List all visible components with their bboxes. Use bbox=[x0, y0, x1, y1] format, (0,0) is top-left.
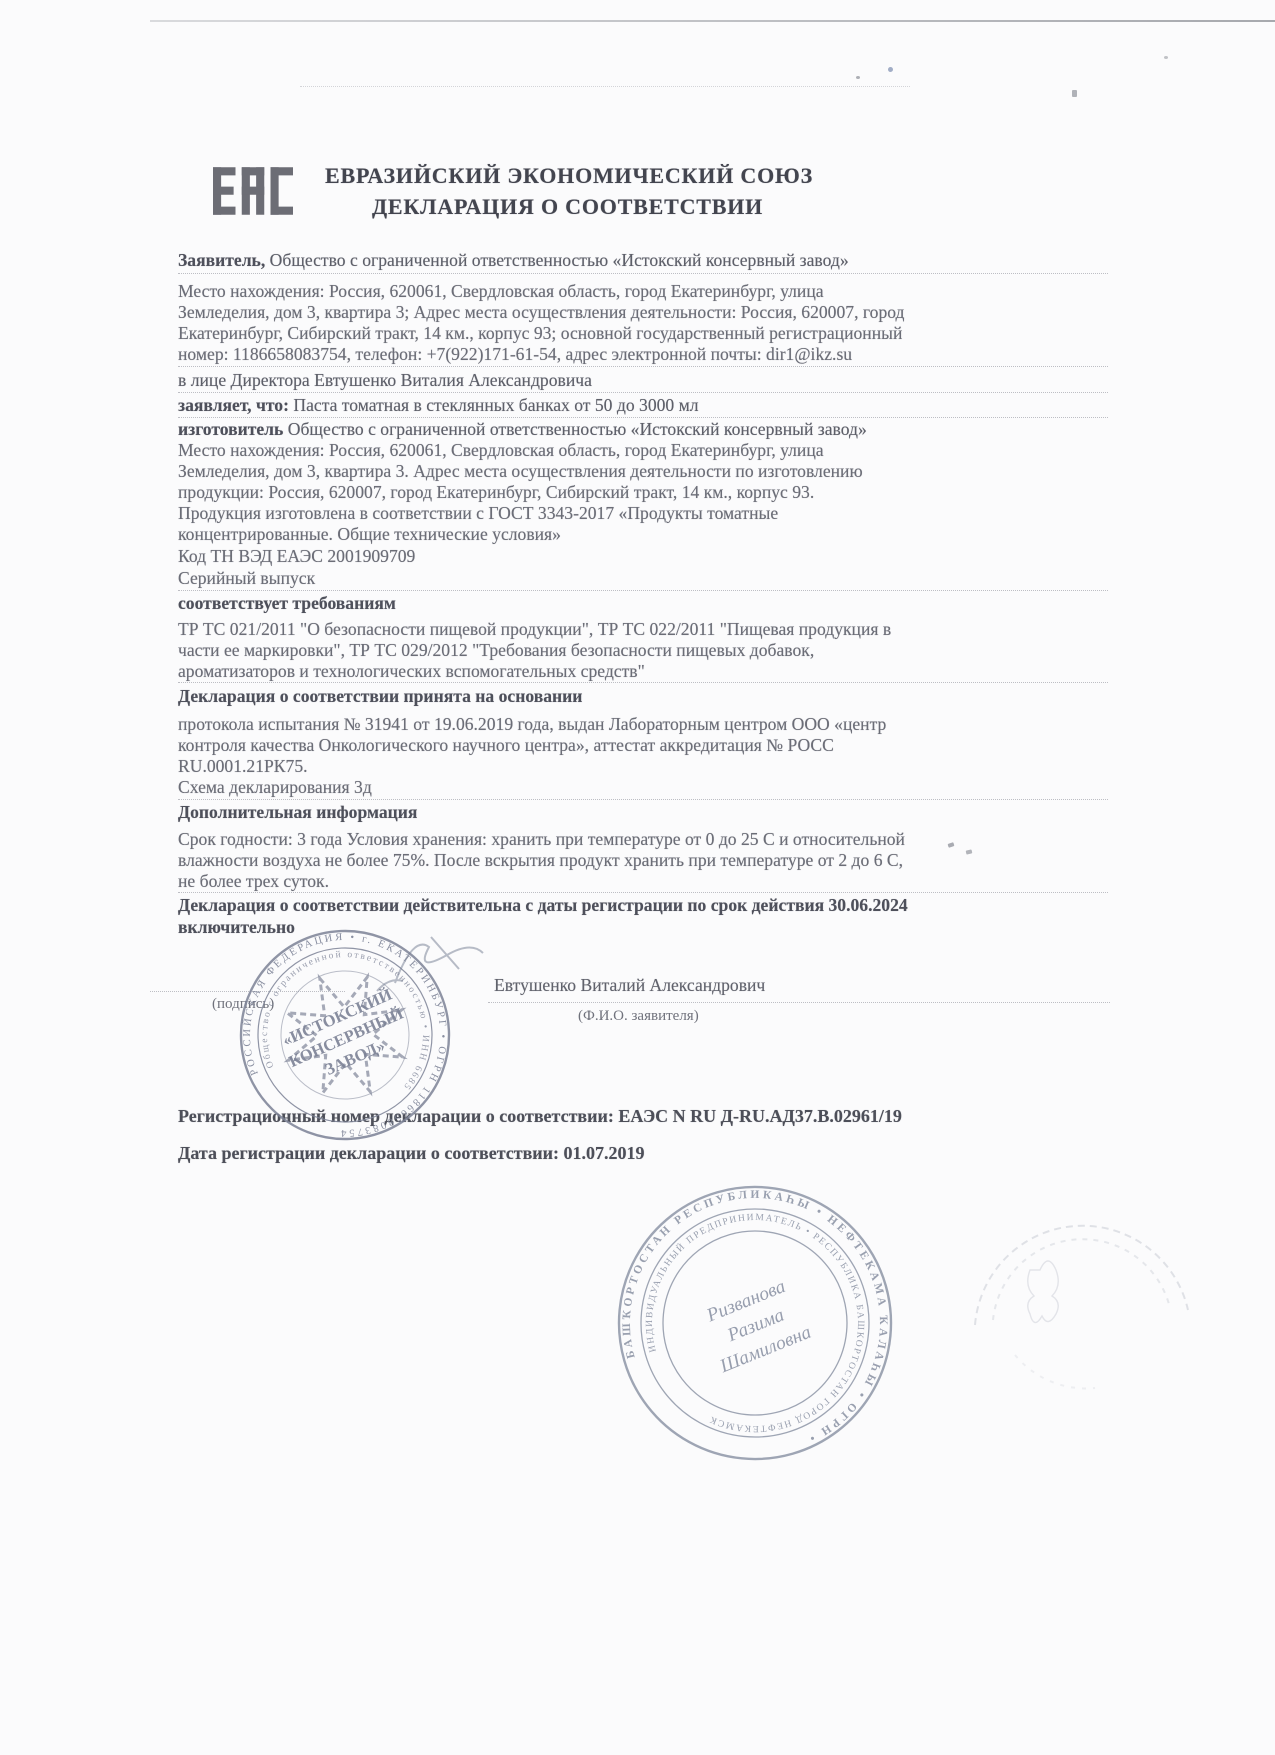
doc-line: Место нахождения: Россия, 620061, Свердл… bbox=[178, 440, 1138, 461]
field-value: в лице Директора Евтушенко Виталия Алекс… bbox=[178, 370, 592, 390]
faint-ghost-seal bbox=[945, 1150, 1215, 1420]
field-value: Срок годности: 3 года Условия хранения: … bbox=[178, 829, 905, 849]
document-title-line2: ДЕКЛАРАЦИЯ О СООТВЕТСТВИИ bbox=[372, 194, 763, 220]
separator-rule bbox=[178, 892, 1108, 893]
field-value: влажности воздуха не более 75%. После вс… bbox=[178, 850, 903, 870]
field-value: продукции: Россия, 620007, город Екатери… bbox=[178, 482, 814, 502]
doc-line: Заявитель, Общество с ограниченной ответ… bbox=[178, 250, 1138, 271]
doc-line: номер: 1186658083754, телефон: +7(922)17… bbox=[178, 344, 1138, 365]
field-label: Заявитель, bbox=[178, 250, 265, 270]
doc-line: Срок годности: 3 года Условия хранения: … bbox=[178, 829, 1138, 850]
field-value: ТР ТС 021/2011 "О безопасности пищевой п… bbox=[178, 619, 891, 639]
doc-line: продукции: Россия, 620007, город Екатери… bbox=[178, 482, 1138, 503]
field-value: Земледелия, дом 3, квартира 3. Адрес мес… bbox=[178, 461, 863, 481]
field-value: Место нахождения: Россия, 620061, Свердл… bbox=[178, 440, 824, 460]
doc-line: части ее маркировки", ТР ТС 029/2012 "Тр… bbox=[178, 640, 1138, 661]
field-value: контроля качества Онкологического научно… bbox=[178, 735, 834, 755]
doc-line: Схема декларирования 3д bbox=[178, 777, 1138, 798]
field-value: Общество с ограниченной ответственностью… bbox=[265, 250, 848, 270]
separator-rule bbox=[178, 799, 1108, 800]
doc-line: Екатеринбург, Сибирский тракт, 14 км., к… bbox=[178, 323, 1138, 344]
entrepreneur-seal: БАШҠОРТОСТАН РЕСПУБЛИКАҺЫ • НЕФТЕКАМА ҠА… bbox=[569, 1137, 940, 1508]
field-label: заявляет, что: bbox=[178, 395, 289, 415]
field-value: ароматизаторов и технологических вспомог… bbox=[178, 661, 645, 681]
field-value: Место нахождения: Россия, 620061, Свердл… bbox=[178, 281, 824, 301]
separator-rule bbox=[178, 392, 1108, 393]
field-value: Земледелия, дом 3, квартира 3; Адрес мес… bbox=[178, 302, 904, 322]
doc-line: контроля качества Онкологического научно… bbox=[178, 735, 1138, 756]
doc-line: RU.0001.21РК75. bbox=[178, 756, 1138, 777]
field-value: Продукция изготовлена в соответствии с Г… bbox=[178, 503, 778, 523]
scan-artifact-line bbox=[150, 20, 1275, 22]
section-heading: Декларация о соответствии принята на осн… bbox=[178, 686, 582, 706]
doc-line: ТР ТС 021/2011 "О безопасности пищевой п… bbox=[178, 619, 1138, 640]
validity-statement: Декларация о соответствии действительна … bbox=[178, 895, 908, 915]
separator-rule bbox=[178, 417, 1108, 418]
doc-line: влажности воздуха не более 75%. После вс… bbox=[178, 850, 1138, 871]
scan-speck bbox=[888, 67, 893, 72]
doc-line: ароматизаторов и технологических вспомог… bbox=[178, 661, 1138, 682]
scan-speck bbox=[856, 76, 860, 79]
document-title-line1: ЕВРАЗИЙСКИЙ ЭКОНОМИЧЕСКИЙ СОЮЗ bbox=[325, 163, 813, 189]
field-label: изготовитель bbox=[178, 419, 283, 439]
section-heading: Дополнительная информация bbox=[178, 802, 417, 822]
field-value: протокола испытания № 31941 от 19.06.201… bbox=[178, 714, 886, 734]
applicant-name-caption: (Ф.И.О. заявителя) bbox=[578, 1008, 699, 1025]
field-value: Паста томатная в стеклянных банках от 50… bbox=[289, 395, 699, 415]
separator-rule bbox=[178, 590, 1108, 591]
field-value: Код ТН ВЭД ЕАЭС 2001909709 bbox=[178, 546, 415, 566]
field-value: номер: 1186658083754, телефон: +7(922)17… bbox=[178, 344, 852, 364]
doc-line: концентрированные. Общие технические усл… bbox=[178, 524, 1138, 545]
name-underline bbox=[488, 1002, 1110, 1003]
separator-rule bbox=[178, 682, 1108, 683]
field-value: Схема декларирования 3д bbox=[178, 777, 372, 797]
doc-line: соответствует требованиям bbox=[178, 593, 1138, 614]
doc-line: Код ТН ВЭД ЕАЭС 2001909709 bbox=[178, 546, 1138, 567]
eac-logo bbox=[213, 152, 293, 230]
doc-line: изготовитель Общество с ограниченной отв… bbox=[178, 419, 1138, 440]
field-value: концентрированные. Общие технические усл… bbox=[178, 524, 561, 544]
field-value: RU.0001.21РК75. bbox=[178, 756, 308, 776]
doc-line: протокола испытания № 31941 от 19.06.201… bbox=[178, 714, 1138, 735]
doc-line: в лице Директора Евтушенко Виталия Алекс… bbox=[178, 370, 1138, 391]
separator-rule bbox=[178, 273, 1108, 274]
scan-artifact-dotted-line bbox=[300, 86, 910, 87]
doc-line: Место нахождения: Россия, 620061, Свердл… bbox=[178, 281, 1138, 302]
doc-line: Земледелия, дом 3, квартира 3. Адрес мес… bbox=[178, 461, 1138, 482]
doc-line: заявляет, что: Паста томатная в стеклянн… bbox=[178, 395, 1138, 416]
doc-line: не более трех суток. bbox=[178, 871, 1138, 892]
field-value: Серийный выпуск bbox=[178, 568, 315, 588]
scan-speck bbox=[1072, 90, 1077, 97]
doc-line: Продукция изготовлена в соответствии с Г… bbox=[178, 503, 1138, 524]
separator-rule bbox=[178, 366, 1108, 367]
doc-line: Земледелия, дом 3, квартира 3; Адрес мес… bbox=[178, 302, 1138, 323]
scan-speck bbox=[1164, 56, 1168, 59]
field-value: части ее маркировки", ТР ТС 029/2012 "Тр… bbox=[178, 640, 814, 660]
doc-line: Серийный выпуск bbox=[178, 568, 1138, 589]
field-value: Общество с ограниченной ответственностью… bbox=[283, 419, 866, 439]
field-value: не более трех суток. bbox=[178, 871, 329, 891]
doc-line: Декларация о соответствии принята на осн… bbox=[178, 686, 1138, 707]
section-heading: соответствует требованиям bbox=[178, 593, 396, 613]
scanned-declaration-document: ЕВРАЗИЙСКИЙ ЭКОНОМИЧЕСКИЙ СОЮЗ ДЕКЛАРАЦИ… bbox=[0, 0, 1275, 1755]
doc-line: Дополнительная информация bbox=[178, 802, 1138, 823]
field-value: Екатеринбург, Сибирский тракт, 14 км., к… bbox=[178, 323, 902, 343]
